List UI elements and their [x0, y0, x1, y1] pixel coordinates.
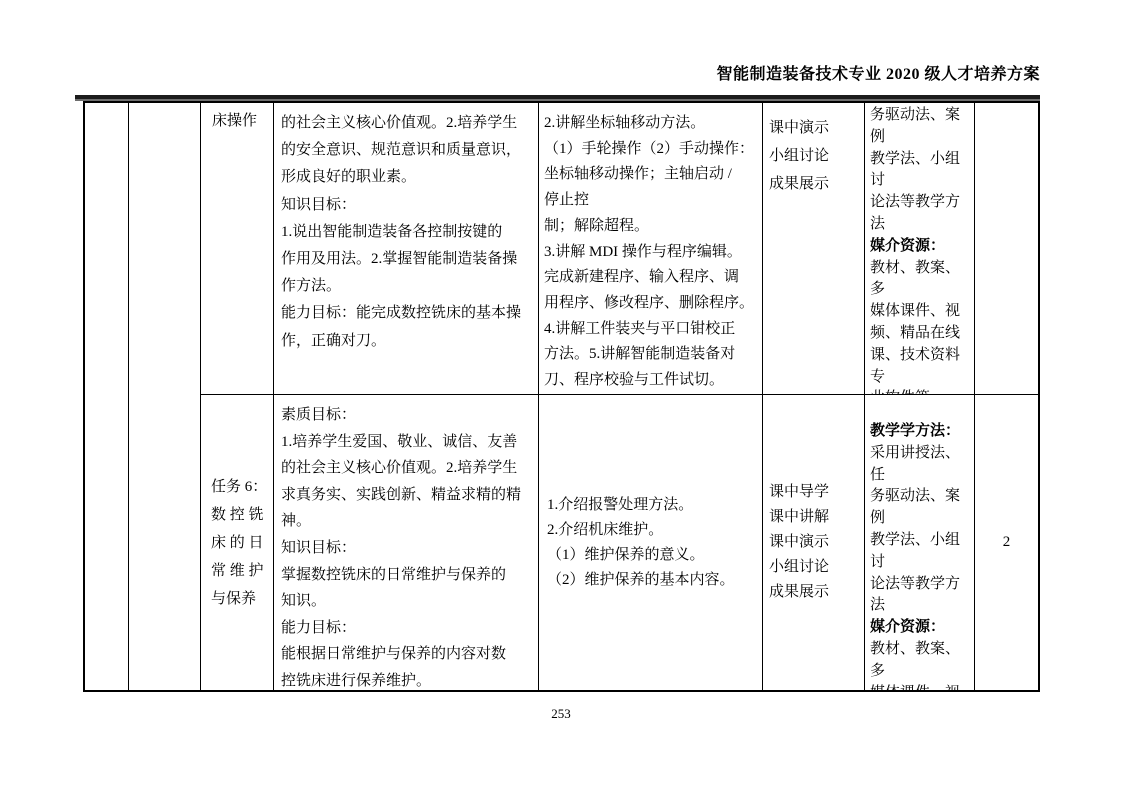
activities-cell: 课中演示 小组讨论 成果展示 [763, 103, 865, 395]
objectives-cell: 素质目标： 1.培养学生爱国、敬业、诚信、友善 的社会主义核心价值观。2.培养学… [274, 395, 539, 690]
teaching-content-cell: 1.介绍报警处理方法。 2.介绍机床维护。 （1）维护保养的意义。 （2）维护保… [539, 395, 763, 690]
teaching-method-text: 务驱动法、案例 教学法、小组讨 论法等教学方 法 [870, 105, 972, 236]
hours-cell: 2 [975, 395, 1038, 690]
module-cell [129, 103, 201, 690]
method-media-cell: 教学学方法： 采用讲授法、任 务驱动法、案例 教学法、小组讨 论法等教学方 法 … [865, 395, 975, 690]
method-media-cell: 务驱动法、案例 教学法、小组讨 论法等教学方 法 媒介资源： 教材、教案、多 媒… [865, 103, 975, 395]
task-name-cell: 任务 6： 数 控 铣 床 的 日 常 维 护 与保养 [201, 395, 274, 690]
teaching-method-label: 教学学方法： [870, 421, 972, 443]
media-resource-text: 教材、教案、多 媒体课件、视 频、精品在线 课、技术资料专 业软件等 [870, 639, 972, 690]
page-title: 智能制造装备技术专业 2020 级人才培养方案 [716, 61, 1040, 84]
seq-cell [85, 103, 129, 690]
page-number: 253 [0, 706, 1122, 722]
media-resource-text: 教材、教案、多 媒体课件、视 频、精品在线 课、技术资料专 业软件等 [870, 258, 972, 395]
hours-cell [975, 103, 1038, 395]
media-resource-label: 媒介资源： [870, 236, 972, 258]
curriculum-table: 床操作 的社会主义核心价值观。2.培养学生 的安全意识、规范意识和质量意识， 形… [83, 101, 1040, 692]
activities-cell: 课中导学 课中讲解 课中演示 小组讨论 成果展示 [763, 395, 865, 690]
task-name-cell: 床操作 [201, 103, 274, 395]
media-resource-label: 媒介资源： [870, 617, 972, 639]
teaching-method-text: 采用讲授法、任 务驱动法、案例 教学法、小组讨 论法等教学方 法 [870, 443, 972, 617]
teaching-content-cell: 2.讲解坐标轴移动方法。 （1）手轮操作（2）手动操作： 坐标轴移动操作；主轴启… [539, 103, 763, 395]
document-page: 智能制造装备技术专业 2020 级人才培养方案 床操作 的社会主义核心价值观。2… [0, 0, 1122, 793]
objectives-cell: 的社会主义核心价值观。2.培养学生 的安全意识、规范意识和质量意识， 形成良好的… [274, 103, 539, 395]
